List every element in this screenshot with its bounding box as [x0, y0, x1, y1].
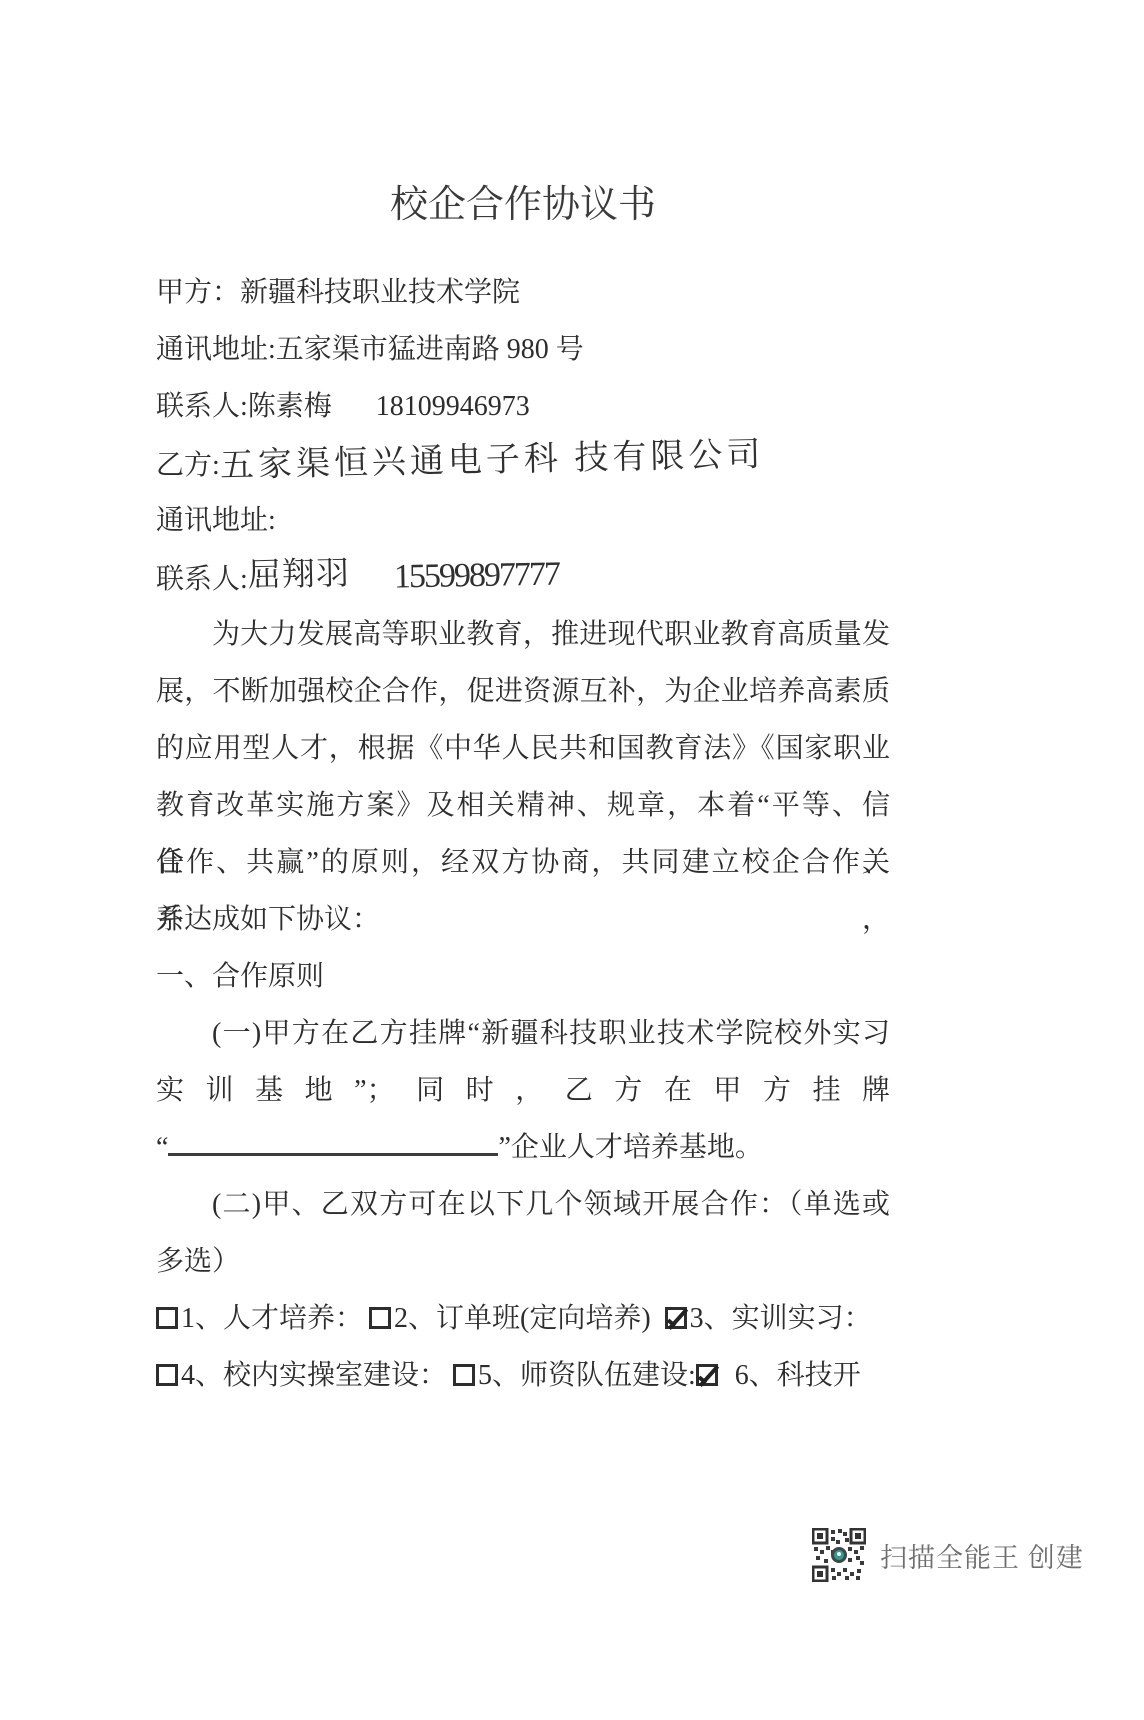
clause-2-line: 多选） — [156, 1233, 890, 1290]
checkbox-option-1 — [156, 1307, 178, 1329]
option-5-label: 5、师资队伍建设: — [478, 1360, 696, 1391]
party-a-name: 新疆科技职业技术学院 — [240, 277, 520, 308]
preamble-line: 为大力发展高等职业教育，推进现代职业教育高质量发 — [156, 606, 890, 663]
party-a-contact-phone: 18109946973 — [376, 391, 530, 422]
scan-app-label: 扫描全能王 创建 — [880, 1536, 1084, 1575]
option-6-label: 6、科技开 — [735, 1360, 861, 1391]
party-b-contact-phone-handwritten: 15599897777 — [393, 546, 559, 606]
party-a-address-label: 通讯地址: — [156, 334, 276, 365]
qr-code-icon — [812, 1528, 866, 1582]
document-content: 校企合作协议书 甲方：新疆科技职业技术学院 通讯地址:五家渠市猛进南路 980 … — [156, 0, 890, 1404]
blank-suffix: 企业人才培养基地。 — [511, 1132, 763, 1163]
party-b-line: 乙方:五家渠恒兴通电子科 技有限公司 — [156, 435, 890, 492]
fill-in-blank-line: “”企业人才培养基地。 — [156, 1119, 890, 1176]
checkbox-option-2 — [369, 1307, 391, 1329]
party-a-label: 甲方： — [156, 277, 240, 308]
party-b-contact-name-handwritten: 屈翔羽 — [247, 546, 350, 605]
checkbox-option-3 — [665, 1307, 687, 1329]
page-title: 校企合作协议书 — [156, 182, 890, 228]
preamble-line: 教育改革实施方案》及相关精神、规章，本着“平等、信任、 — [156, 777, 890, 834]
party-b-address-label: 通讯地址: — [156, 505, 276, 536]
clause-2-line: (二)甲、乙双方可在以下几个领域开展合作：（单选或 — [156, 1176, 890, 1233]
party-b-address-line: 通讯地址: — [156, 492, 890, 549]
option-4-label: 4、校内实操室建设： — [181, 1360, 447, 1391]
close-quote: ” — [498, 1132, 510, 1163]
blank-underline — [168, 1123, 498, 1156]
scanned-agreement-page: { "title": "校企合作协议书", "parties": { "part… — [0, 0, 1144, 1720]
party-b-contact-line: 联系人:屈翔羽15599897777 — [156, 549, 890, 606]
section-heading: 一、合作原则 — [156, 948, 890, 1005]
party-a-contact-line: 联系人:陈素梅18109946973 — [156, 378, 890, 435]
option-1-label: 1、人才培养： — [181, 1303, 363, 1334]
clause-1-line: 实训基地”；同时，乙方在甲方挂牌 — [156, 1062, 890, 1119]
option-3-label: 3、实训实习： — [690, 1303, 872, 1334]
open-quote: “ — [156, 1132, 168, 1163]
scan-footer: 扫描全能王 创建 — [812, 1528, 1084, 1582]
checkbox-option-4 — [156, 1364, 178, 1386]
party-b-contact-label: 联系人: — [156, 564, 248, 595]
option-2-label: 2、订单班(定向培养) — [394, 1303, 651, 1334]
party-b-name-handwritten: 五家渠恒兴通电子科 技有限公司 — [219, 426, 765, 494]
preamble-line: 的应用型人才，根据《中华人民共和国教育法》《国家职业 — [156, 720, 890, 777]
document-body: 甲方：新疆科技职业技术学院 通讯地址:五家渠市猛进南路 980 号 联系人:陈素… — [156, 264, 890, 1404]
preamble-line: 合作、共赢”的原则，经双方协商，共同建立校企合作关系， — [156, 834, 890, 891]
checkbox-option-6 — [696, 1364, 718, 1386]
preamble-line: 展，不断加强校企合作，促进资源互补，为企业培养高素质 — [156, 663, 890, 720]
party-a-address-line: 通讯地址:五家渠市猛进南路 980 号 — [156, 321, 890, 378]
party-a-address-value: 五家渠市猛进南路 980 号 — [276, 334, 584, 365]
party-b-label: 乙方: — [156, 450, 220, 481]
clause-1-line: (一)甲方在乙方挂牌“新疆科技职业技术学院校外实习 — [156, 1005, 890, 1062]
options-row-2: 4、校内实操室建设：5、师资队伍建设:6、科技开 — [156, 1347, 890, 1404]
party-a-contact-name: 陈素梅 — [248, 391, 332, 422]
party-a-contact-label: 联系人: — [156, 391, 248, 422]
options-row-1: 1、人才培养：2、订单班(定向培养)3、实训实习： — [156, 1290, 890, 1347]
checkbox-option-5 — [453, 1364, 475, 1386]
party-a-line: 甲方：新疆科技职业技术学院 — [156, 264, 890, 321]
